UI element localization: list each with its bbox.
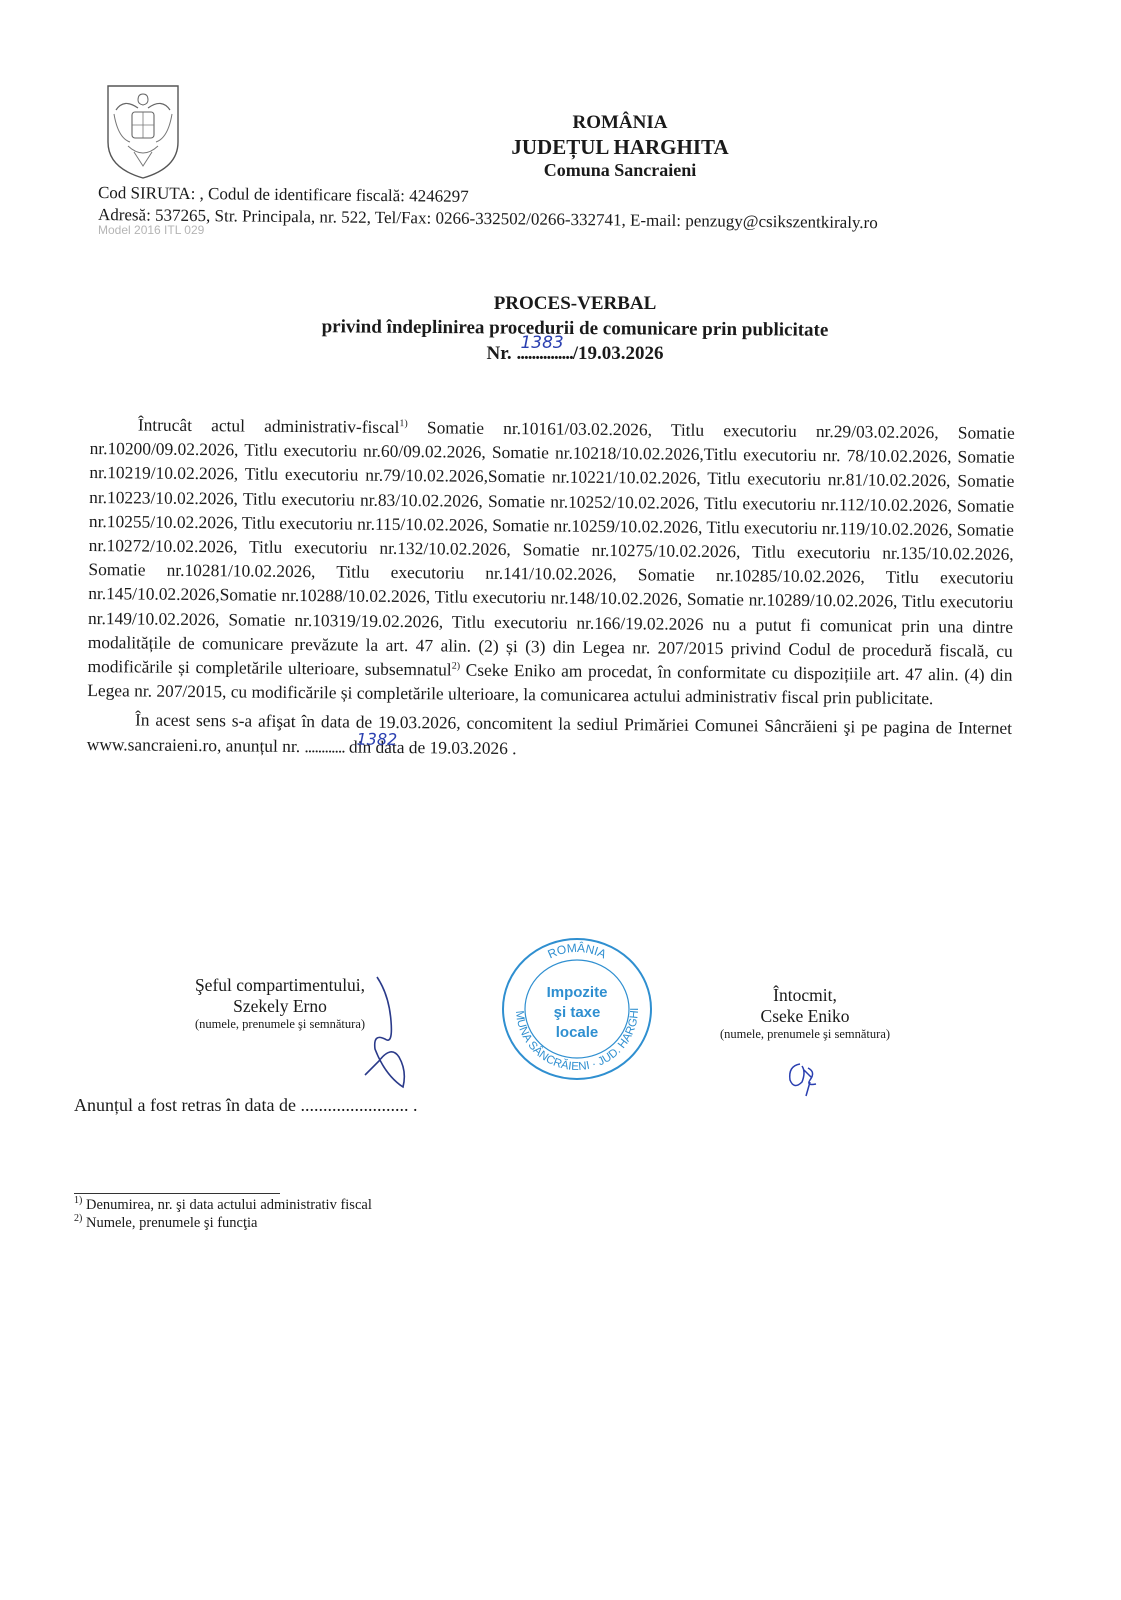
document-number: Nr. ...............1383/19.03.2026 [180,343,970,365]
svg-text:locale: locale [556,1024,599,1041]
handwritten-number: 1383 [520,333,563,353]
paragraph-announcement: În acest sens s-a afişat în data de 19.0… [87,707,1012,764]
document-body: Întrucât actul administrativ-fiscal1) So… [87,412,1015,765]
announcement-number-field: ............1382 [304,736,344,756]
number-field: ...............1383 [516,343,572,364]
paragraph-main: Întrucât actul administrativ-fiscal1) So… [87,412,1015,711]
signature-caption: (numele, prenumele şi semnătura) [690,1027,920,1042]
acts-list: Somatie nr.10161/03.02.2026, Titlu execu… [88,417,1015,633]
svg-text:Impozite: Impozite [547,984,608,1001]
footnote-1: 1) Denumirea, nr. şi data actului admini… [74,1197,372,1214]
svg-text:şi taxe: şi taxe [554,1004,601,1021]
header-country: ROMÂNIA [380,112,860,134]
handwritten-initials-icon [786,1058,822,1098]
handwritten-announcement-number: 1382 [308,727,397,752]
header-fiscal-line: Cod SIRUTA: , Codul de identificare fisc… [98,183,469,207]
footnote-2: 2) Numele, prenumele şi funcţia [74,1215,258,1232]
handwritten-signature-icon [355,975,415,1095]
withdrawal-date-blank: ........................ . [300,1095,417,1115]
withdrawal-line: Anunțul a fost retras în data de .......… [74,1095,417,1116]
number-suffix: /19.03.2026 [573,343,664,364]
model-code: Model 2016 ITL 029 [98,223,204,237]
header-county: JUDEȚUL HARGHITA [360,135,880,160]
number-prefix: Nr. [487,343,517,364]
document-subtitle: privind îndeplinirea procedurii de comun… [180,315,970,343]
coat-of-arms-icon [104,80,182,180]
signature-block-author: Întocmit, Cseke Eniko (numele, prenumele… [690,985,920,1042]
withdrawal-label: Anunțul a fost retras în data de [74,1095,300,1115]
header-commune: Comuna Sancraieni [380,160,860,181]
document-title: PROCES-VERBAL [180,293,970,315]
official-stamp-icon: ROMÂNIA COMUNA SÂNCRĂIENI · JUD. HARGHIT… [498,935,656,1083]
footnote-divider [74,1193,280,1194]
header-address-line: Adresă: 537265, Str. Principala, nr. 522… [98,205,878,233]
footnote-ref-1: 1) [399,418,407,429]
footnote-ref-2: 2) [452,661,460,672]
svg-text:ROMÂNIA: ROMÂNIA [546,940,609,961]
signature-name: Cseke Eniko [690,1006,920,1027]
signature-role: Întocmit, [690,985,920,1006]
